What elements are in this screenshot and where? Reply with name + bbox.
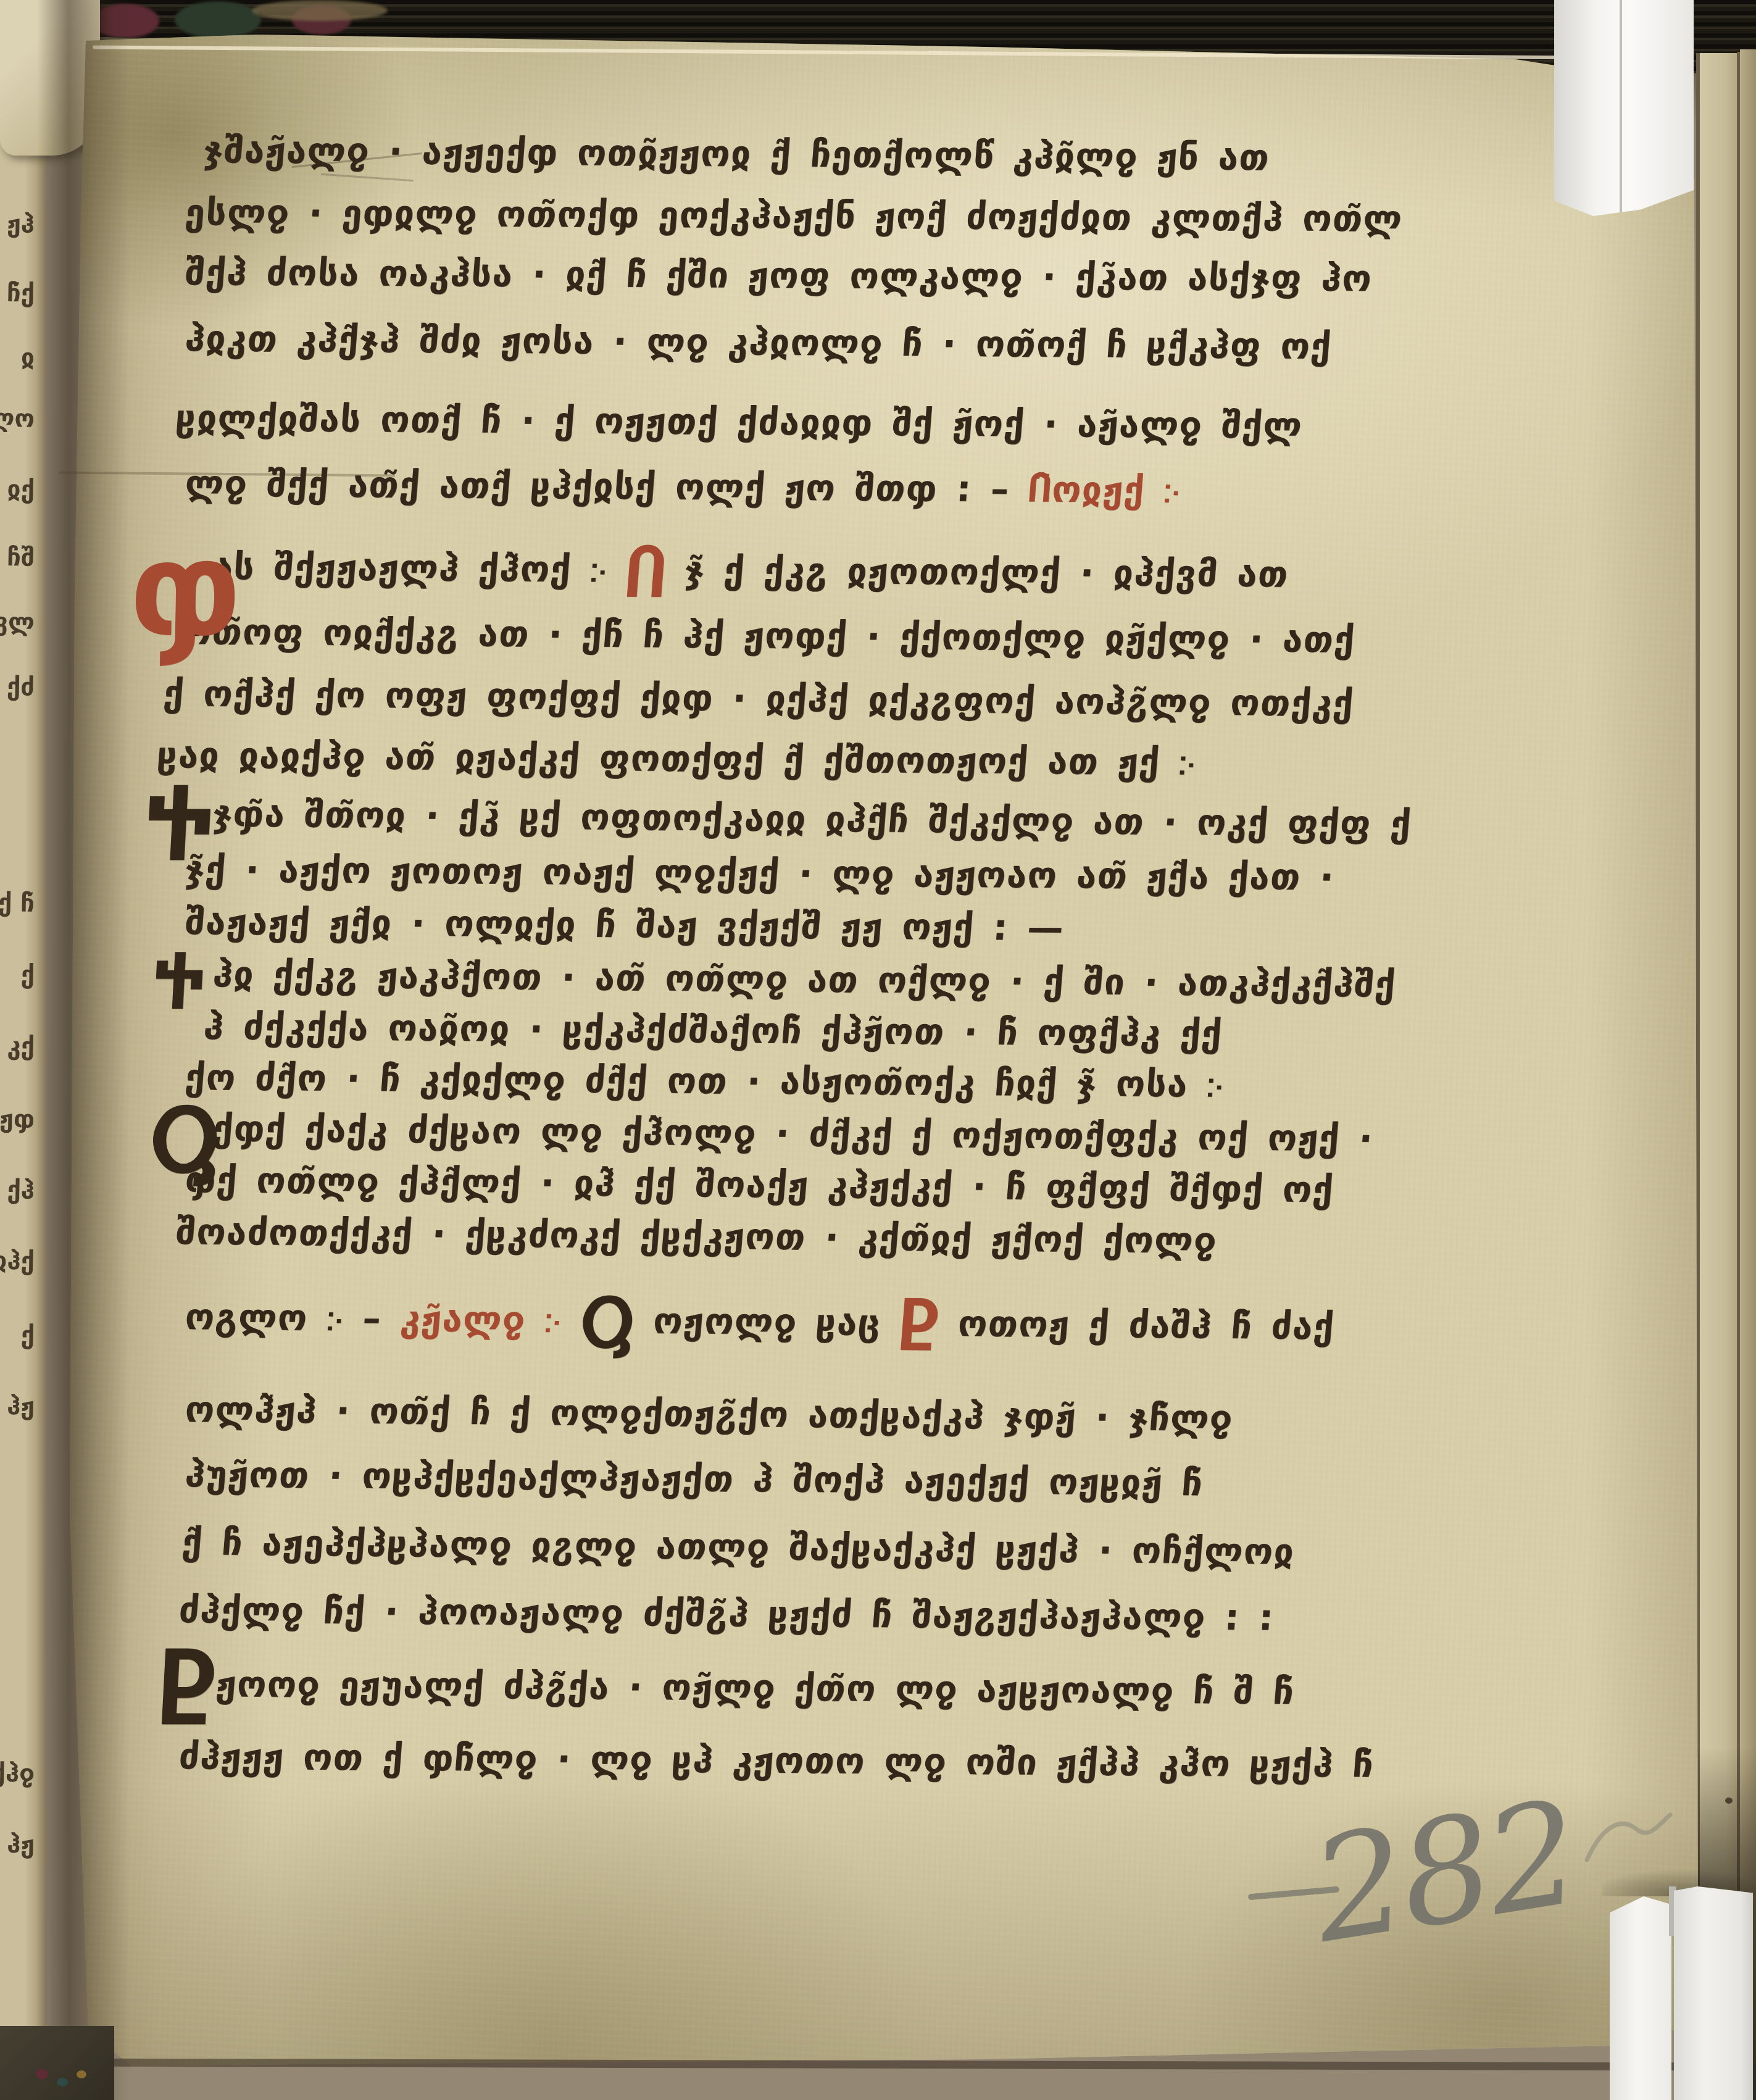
endband-thread-maroon [91,4,159,38]
binding-thread-gold [77,2070,86,2078]
conservation-tab-top-right [1554,0,1694,216]
facing-page-fragment: ალო [0,404,35,433]
binding-thread-maroon [36,2069,48,2079]
facing-page-fragment: ჩ̃ქ [0,278,35,308]
tab-strip-left [1610,1896,1671,2100]
tab-strip-right [1674,1886,1753,2100]
binding-thread-teal [57,2078,68,2086]
conservation-tab-bottom-right [1610,1886,1753,2100]
facing-page-fragment: ქ [0,960,35,990]
ink-dot [1725,1798,1733,1804]
facing-page-fragment: ჰქ ჩ̃ [0,888,35,918]
facing-page-fragment: ჲქ [0,475,35,504]
facing-page-fragment: ჰჟ [0,1830,35,1859]
bottom-left-binding-corner [0,2026,114,2100]
facing-page-text-fragments: ჟჰჩ̃ქჲალოჲქჩშვლქძჰქ ჩ̃ქკქჟჶქჰჲჰქქჰჟქჰჹჰჟ [0,0,47,2100]
facing-page-fragment: ქჰ [0,1175,35,1205]
facing-page-fragment: ვლ [0,607,35,637]
facing-page-fragment: კქ [0,1031,35,1061]
facing-page-fragment: ქჰჹ [0,1759,35,1788]
facing-page-fragment: ჩშ [0,543,35,572]
facing-page-fragment: ქ [0,1320,35,1350]
facing-page-fragment: ჟჶ [0,1104,35,1134]
pencil-squiggle [1578,1801,1683,1875]
facing-page-fragment: ჲ [0,343,35,372]
facing-page-fragment: ქძ [0,672,35,702]
endband-thread-green [175,1,261,38]
facing-page-fragment: ჰჟ [0,1391,35,1421]
facing-page-fragment: ჟჰ [0,209,35,239]
manuscript-page [59,32,1700,2069]
facing-page-fragment: ჲჰქ [0,1246,35,1276]
tab-crease [1620,0,1622,216]
endband-thread-tan [252,0,388,21]
